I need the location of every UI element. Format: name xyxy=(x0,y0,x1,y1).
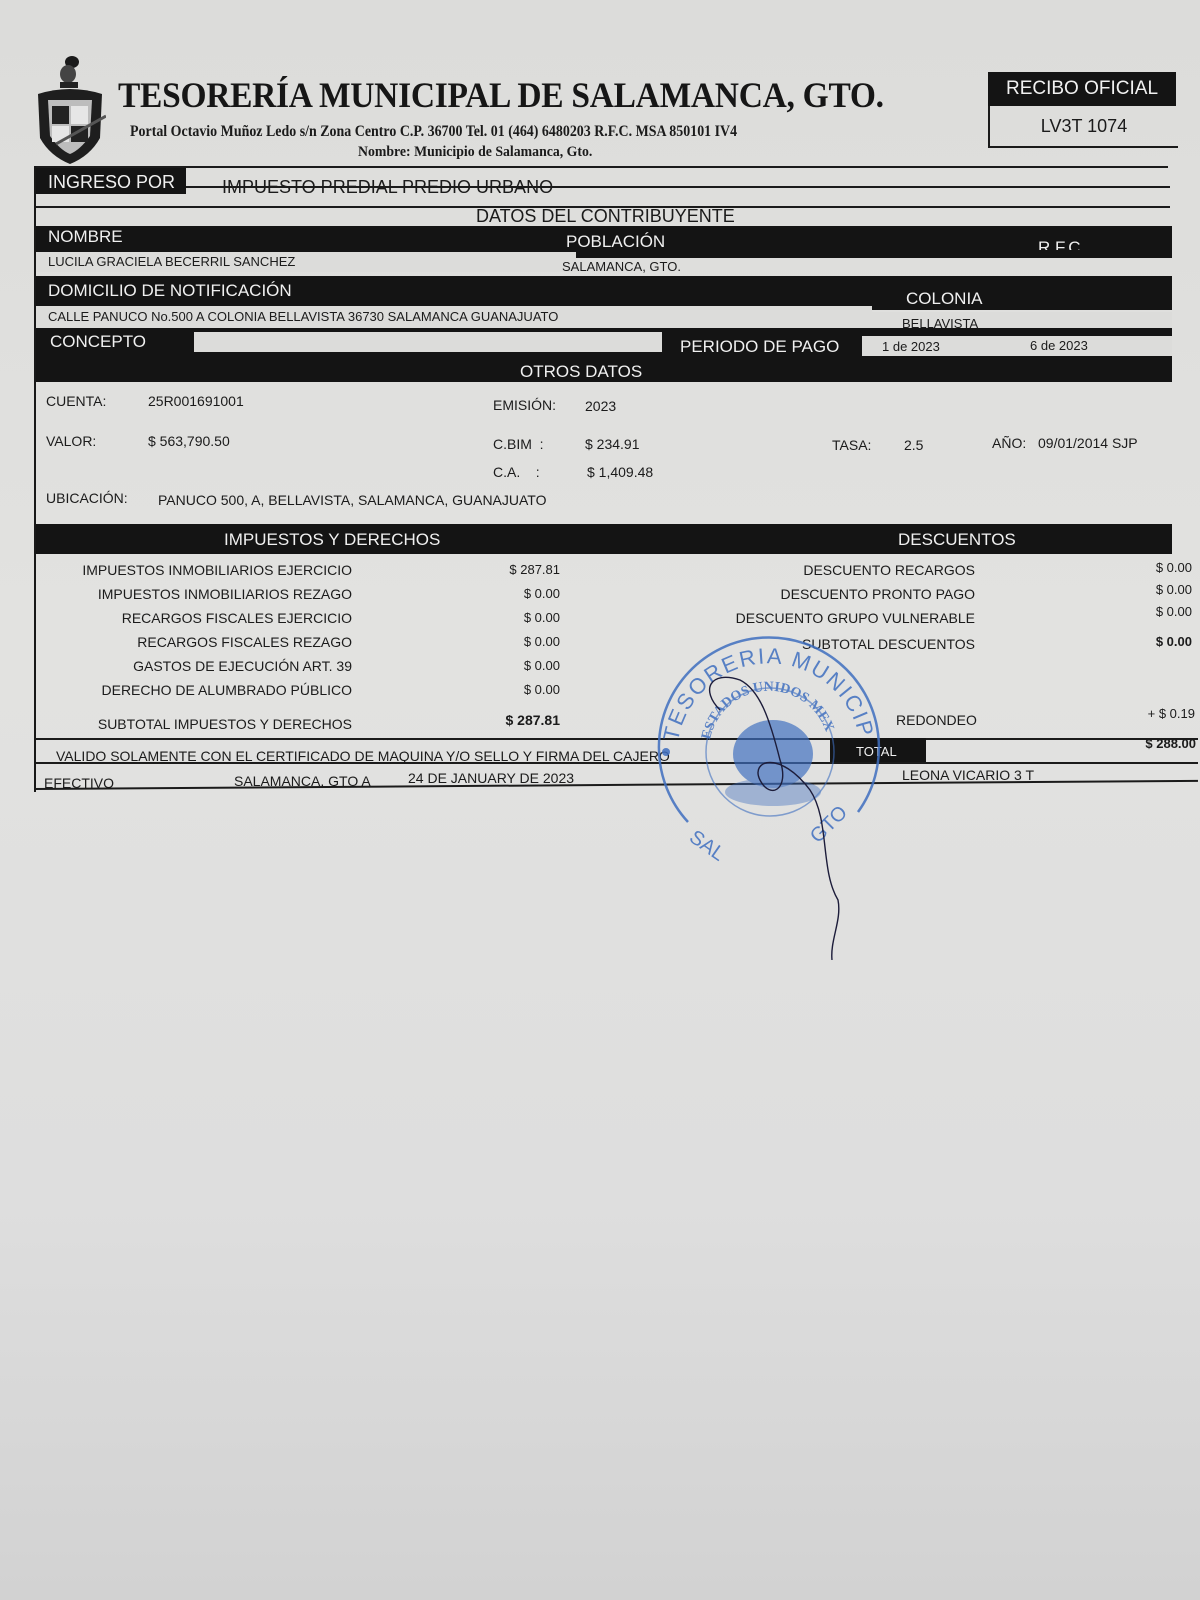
receipt-folio: LV3T 1074 xyxy=(988,106,1178,148)
divider xyxy=(36,762,1198,764)
emision-value: 2023 xyxy=(585,398,616,414)
cuenta-label: CUENTA: xyxy=(46,393,106,409)
impuesto-row-label: RECARGOS FISCALES REZAGO xyxy=(40,634,352,650)
periodo-desde: 1 de 2023 xyxy=(882,339,940,354)
concepto-label: CONCEPTO xyxy=(50,332,146,352)
tasa-value: 2.5 xyxy=(904,437,923,453)
tasa-label: TASA: xyxy=(832,437,871,453)
impuesto-row-amount: $ 0.00 xyxy=(440,586,560,601)
receipt-type-label: RECIBO OFICIAL xyxy=(988,72,1176,106)
nombre-value: LUCILA GRACIELA BECERRIL SANCHEZ xyxy=(48,254,295,269)
poblacion-label: POBLACIÓN xyxy=(566,232,665,252)
impuestos-subtotal-amount: $ 287.81 xyxy=(440,712,560,728)
descuentos-subtotal-amount: $ 0.00 xyxy=(1080,634,1192,649)
impuesto-row-label: RECARGOS FISCALES EJERCICIO xyxy=(40,610,352,626)
divider xyxy=(36,738,1198,740)
divider xyxy=(34,780,1198,790)
impuesto-row-amount: $ 0.00 xyxy=(440,658,560,673)
impuesto-row-label: GASTOS DE EJECUCIÓN ART. 39 xyxy=(40,658,352,674)
impuesto-row-label: IMPUESTOS INMOBILIARIOS REZAGO xyxy=(40,586,352,602)
cashier-signature xyxy=(680,650,880,960)
impuestos-subtotal-label: SUBTOTAL IMPUESTOS Y DERECHOS xyxy=(40,716,352,732)
municipal-coat-of-arms-icon xyxy=(34,54,106,166)
cbim-label: C.BIM : xyxy=(493,436,544,452)
issuer-name: Nombre: Municipio de Salamanca, Gto. xyxy=(358,144,592,161)
issuer-title: TESORERÍA MUNICIPAL DE SALAMANCA, GTO. xyxy=(118,74,884,116)
cbim-value: $ 234.91 xyxy=(585,436,640,452)
descuento-row-label: DESCUENTO RECARGOS xyxy=(660,562,975,578)
descuento-row-amount: $ 0.00 xyxy=(1080,604,1192,619)
impuesto-row-amount: $ 0.00 xyxy=(440,610,560,625)
emision-label: EMISIÓN: xyxy=(493,397,556,413)
impuesto-row-label: IMPUESTOS INMOBILIARIOS EJERCICIO xyxy=(40,562,352,578)
ca-label: C.A. : xyxy=(493,464,540,480)
contribuyente-section-title: DATOS DEL CONTRIBUYENTE xyxy=(476,206,735,227)
poblacion-value: SALAMANCA, GTO. xyxy=(562,259,681,274)
colonia-label: COLONIA xyxy=(906,289,983,309)
impuesto-row-amount: $ 0.00 xyxy=(440,634,560,649)
anio-value: 09/01/2014 SJP xyxy=(1038,435,1138,451)
ca-value: $ 1,409.48 xyxy=(587,464,653,480)
cuenta-value: 25R001691001 xyxy=(148,393,244,409)
domicilio-value: CALLE PANUCO No.500 A COLONIA BELLAVISTA… xyxy=(48,309,558,324)
valor-value: $ 563,790.50 xyxy=(148,433,230,449)
ubicacion-value: PANUCO 500, A, BELLAVISTA, SALAMANCA, GU… xyxy=(158,492,547,508)
impuesto-row-amount: $ 0.00 xyxy=(440,682,560,697)
receipt-number-box: RECIBO OFICIAL LV3T 1074 xyxy=(988,72,1176,148)
nombre-label: NOMBRE xyxy=(48,227,123,247)
periodo-hasta: 6 de 2023 xyxy=(1030,338,1088,353)
impuesto-row-amount: $ 287.81 xyxy=(440,562,560,577)
ingreso-value: IMPUESTO PREDIAL PREDIO URBANO xyxy=(222,177,553,198)
impuestos-section-title: IMPUESTOS Y DERECHOS xyxy=(224,530,440,550)
impuesto-row-label: DERECHO DE ALUMBRADO PÚBLICO xyxy=(40,682,352,698)
total-amount: $ 288.00 xyxy=(1070,736,1196,751)
receipt-page: TESORERÍA MUNICIPAL DE SALAMANCA, GTO. P… xyxy=(0,0,1200,1600)
redondeo-label: REDONDEO xyxy=(896,712,977,728)
valor-label: VALOR: xyxy=(46,433,96,449)
concepto-field xyxy=(194,332,662,352)
ubicacion-label: UBICACIÓN: xyxy=(46,490,128,506)
descuento-row-amount: $ 0.00 xyxy=(1080,560,1192,575)
ingreso-label: INGRESO POR xyxy=(48,172,175,193)
divider xyxy=(36,166,1168,168)
descuento-row-amount: $ 0.00 xyxy=(1080,582,1192,597)
anio-label: AÑO: xyxy=(992,435,1026,451)
issuer-address: Portal Octavio Muñoz Ledo s/n Zona Centr… xyxy=(130,123,737,141)
otros-datos-section-title: OTROS DATOS xyxy=(520,362,642,382)
periodo-label: PERIODO DE PAGO xyxy=(680,337,839,357)
redondeo-amount: + $ 0.19 xyxy=(1080,706,1195,721)
descuento-row-label: DESCUENTO PRONTO PAGO xyxy=(660,586,975,602)
descuentos-section-title: DESCUENTOS xyxy=(898,530,1016,550)
domicilio-label: DOMICILIO DE NOTIFICACIÓN xyxy=(48,281,292,301)
